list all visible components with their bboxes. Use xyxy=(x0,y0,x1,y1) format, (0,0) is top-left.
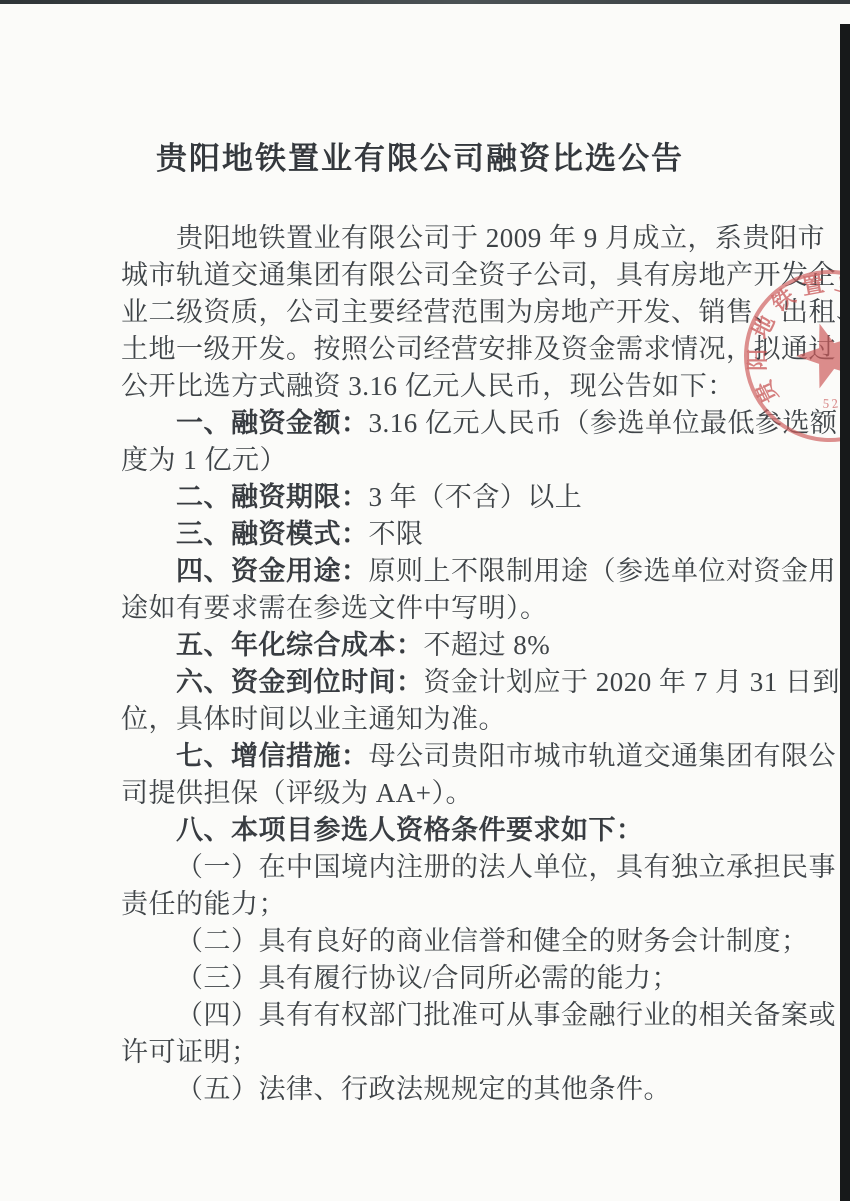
line-bold-label: 一、融资金额： xyxy=(176,408,369,438)
line-text: 位，具体时间以业主通知为准。 xyxy=(121,704,506,734)
line-text: 不超过 8% xyxy=(424,630,551,660)
line-text: 不限 xyxy=(369,519,424,549)
line-text: 城市轨道交通集团有限公司全资子公司，具有房地产开发企 xyxy=(121,260,836,290)
line-text: 途如有要求需在参选文件中写明）。 xyxy=(121,593,548,623)
document-line: 位，具体时间以业主通知为准。 xyxy=(121,701,771,738)
line-text: （二）具有良好的商业信誉和健全的财务会计制度； xyxy=(176,926,809,956)
line-text: 公开比选方式融资 3.16 亿元人民币，现公告如下： xyxy=(121,371,735,401)
document-line: 八、本项目参选人资格条件要求如下： xyxy=(121,812,771,849)
line-text: （一）在中国境内注册的法人单位，具有独立承担民事 xyxy=(176,852,836,882)
line-text: 资金计划应于 2020 年 7 月 31 日到 xyxy=(424,667,841,697)
line-text: 土地一级开发。按照公司经营安排及资金需求情况，拟通过 xyxy=(121,334,836,364)
document-line: 土地一级开发。按照公司经营安排及资金需求情况，拟通过 xyxy=(121,331,771,368)
document-page: 贵阳地铁置业有限公司融资比选公告 贵阳地铁置业有限公司于 2009 年 9 月成… xyxy=(0,0,850,1201)
line-text: 度为 1 亿元） xyxy=(121,445,287,475)
scan-right-edge xyxy=(840,24,850,1201)
document-line: （一）在中国境内注册的法人单位，具有独立承担民事 xyxy=(121,849,771,886)
document-line: 五、年化综合成本：不超过 8% xyxy=(121,627,771,664)
line-text: 责任的能力； xyxy=(121,889,286,919)
line-text: 3 年（不含）以上 xyxy=(369,482,583,512)
document-line: （三）具有履行协议/合同所必需的能力； xyxy=(121,960,771,997)
line-bold-label: 七、增信措施： xyxy=(176,741,369,771)
line-text: 许可证明； xyxy=(121,1037,259,1067)
document-line: 途如有要求需在参选文件中写明）。 xyxy=(121,590,771,627)
document-line: 公开比选方式融资 3.16 亿元人民币，现公告如下： xyxy=(121,368,771,405)
line-text: 原则上不限制用途（参选单位对资金用 xyxy=(369,556,837,586)
line-bold-label: 二、融资期限： xyxy=(176,482,369,512)
document-line: 七、增信措施：母公司贵阳市城市轨道交通集团有限公 xyxy=(121,738,771,775)
document-line: 度为 1 亿元） xyxy=(121,442,771,479)
line-bold-label: 四、资金用途： xyxy=(176,556,369,586)
document-line: 业二级资质，公司主要经营范围为房地产开发、销售、出租、 xyxy=(121,294,771,331)
document-line: 一、融资金额：3.16 亿元人民币（参选单位最低参选额 xyxy=(121,405,771,442)
line-bold-label: 五、年化综合成本： xyxy=(176,630,424,660)
document-line: （二）具有良好的商业信誉和健全的财务会计制度； xyxy=(121,923,771,960)
document-line: 贵阳地铁置业有限公司于 2009 年 9 月成立，系贵阳市 xyxy=(121,220,771,257)
line-text: （三）具有履行协议/合同所必需的能力； xyxy=(176,963,679,993)
document-line: 六、资金到位时间：资金计划应于 2020 年 7 月 31 日到 xyxy=(121,664,771,701)
line-bold-label: 六、资金到位时间： xyxy=(176,667,424,697)
document-line: 许可证明； xyxy=(121,1034,771,1071)
document-line: 四、资金用途：原则上不限制用途（参选单位对资金用 xyxy=(121,553,771,590)
company-seal-stamp: 贵阳地铁置业有限公司 52010 xyxy=(730,252,850,462)
document-line: 城市轨道交通集团有限公司全资子公司，具有房地产开发企 xyxy=(121,257,771,294)
line-text: （五）法律、行政法规规定的其他条件。 xyxy=(176,1074,671,1104)
line-bold-label: 三、融资模式： xyxy=(176,519,369,549)
line-text: 母公司贵阳市城市轨道交通集团有限公 xyxy=(369,741,837,771)
document-line: 责任的能力； xyxy=(121,886,771,923)
scan-top-edge xyxy=(0,0,850,4)
document-line: 二、融资期限：3 年（不含）以上 xyxy=(121,479,771,516)
document-line: 三、融资模式：不限 xyxy=(121,516,771,553)
document-body: 贵阳地铁置业有限公司于 2009 年 9 月成立，系贵阳市城市轨道交通集团有限公… xyxy=(121,220,771,1108)
document-title: 贵阳地铁置业有限公司融资比选公告 xyxy=(0,133,840,178)
document-line: （五）法律、行政法规规定的其他条件。 xyxy=(121,1071,771,1108)
document-line: 司提供担保（评级为 AA+）。 xyxy=(121,775,771,812)
line-bold-label: 八、本项目参选人资格条件要求如下： xyxy=(176,815,644,845)
line-text: 司提供担保（评级为 AA+）。 xyxy=(121,778,473,808)
document-line: （四）具有有权部门批准可从事金融行业的相关备案或 xyxy=(121,997,771,1034)
line-text: （四）具有有权部门批准可从事金融行业的相关备案或 xyxy=(176,1000,836,1030)
line-text: 贵阳地铁置业有限公司于 2009 年 9 月成立，系贵阳市 xyxy=(176,223,825,253)
